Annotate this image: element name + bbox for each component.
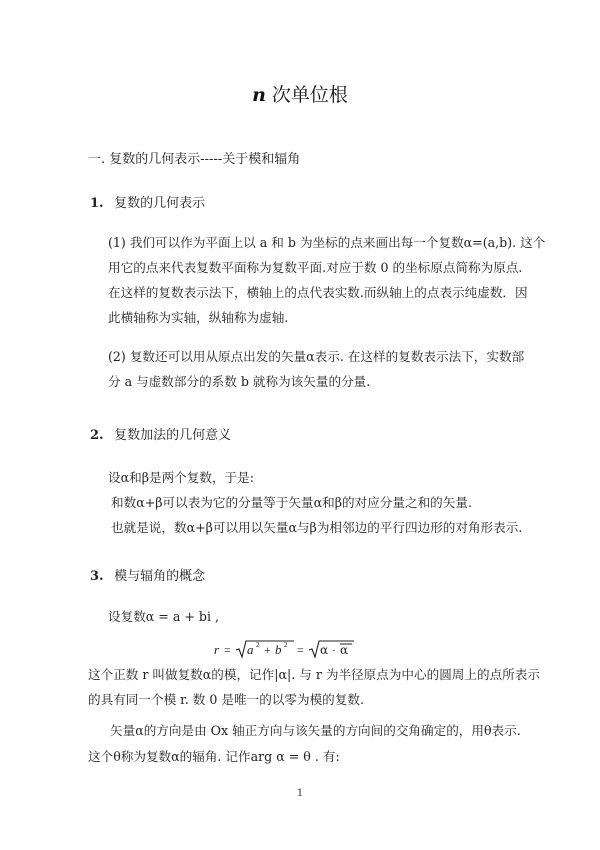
page-number: 1: [0, 788, 600, 799]
title-text: 次单位根: [266, 84, 348, 106]
text-line: 这个θ称为复数α的辐角. 记作arg α = θ . 有:: [88, 744, 521, 770]
modulus-formula-graphic: r = a 2 + b 2 = α · α: [214, 638, 374, 662]
svg-text:2: 2: [284, 641, 288, 649]
text-line: (2) 复数还可以用从原点出发的矢量α表示. 在这样的复数表示法下，实数部: [108, 344, 524, 369]
text-line: 在这样的复数表示法下，横轴上的点代表实数.而纵轴上的点表示纯虚数．因: [108, 280, 545, 305]
subsection-1-number: 1.: [90, 196, 110, 211]
svg-text:α: α: [340, 643, 348, 657]
svg-text:a: a: [247, 642, 254, 657]
page-title: n 次单位根: [0, 80, 600, 107]
subsection-3-paragraph-1: 这个正数 r 叫做复数α的模，记作|α|. 与 r 为半径原点为中心的圆周上的点…: [88, 662, 540, 712]
let-statement: 设复数α = a + bi ,: [108, 604, 219, 629]
svg-text:r: r: [214, 642, 220, 657]
text-line: 和数α+β可以表为它的分量等于矢量α和β的对应分量之和的矢量.: [108, 490, 522, 515]
subsection-1-heading: 1. 复数的几何表示: [90, 192, 205, 211]
subsection-2-body: 设α和β是两个复数，于是: 和数α+β可以表为它的分量等于矢量α和β的对应分量之…: [108, 465, 522, 540]
text-line: 的具有同一个模 r. 数 0 是唯一的以零为模的复数.: [88, 687, 540, 712]
text-line: 矢量α的方向是由 Ox 轴正方向与该矢量的方向间的交角确定的，用θ表示.: [88, 718, 521, 744]
svg-text:b: b: [275, 642, 282, 657]
text-line: 此横轴称为实轴，纵轴称为虚轴.: [108, 305, 545, 330]
text-line: 设α和β是两个复数，于是:: [108, 465, 522, 490]
subsection-3-paragraph-2: 矢量α的方向是由 Ox 轴正方向与该矢量的方向间的交角确定的，用θ表示. 这个θ…: [88, 718, 521, 770]
subsection-3-number: 3.: [90, 569, 110, 584]
subsection-3-heading: 3. 模与辐角的概念: [90, 565, 205, 584]
svg-text:·: ·: [332, 643, 336, 657]
title-variable: n: [252, 84, 266, 106]
svg-text:2: 2: [256, 641, 260, 649]
subsection-3-title: 模与辐角的概念: [114, 569, 205, 584]
subsection-1-title: 复数的几何表示: [114, 196, 205, 211]
svg-text:=: =: [224, 643, 231, 657]
svg-text:=: =: [297, 643, 304, 657]
text-line: 也就是说，数α+β可以用以矢量α与β为相邻边的平行四边形的对角形表示.: [108, 515, 522, 540]
text-line: 用它的点来代表复数平面称为复数平面.对应于数 0 的坐标原点简称为原点.: [108, 255, 545, 280]
text-line: 这个正数 r 叫做复数α的模，记作|α|. 与 r 为半径原点为中心的圆周上的点…: [88, 662, 540, 687]
svg-text:+: +: [264, 643, 271, 657]
text-line: (1) 我们可以作为平面上以 a 和 b 为坐标的点来画出每一个复数α=(a,b…: [108, 230, 545, 255]
subsection-1-paragraph-2: (2) 复数还可以用从原点出发的矢量α表示. 在这样的复数表示法下，实数部 分 …: [108, 344, 524, 394]
section-heading-one: 一. 复数的几何表示-----关于模和辐角: [88, 148, 300, 167]
subsection-1-paragraph-1: (1) 我们可以作为平面上以 a 和 b 为坐标的点来画出每一个复数α=(a,b…: [108, 230, 545, 330]
text-line: 分 a 与虚数部分的系数 b 就称为该矢量的分量.: [108, 369, 524, 394]
subsection-2-number: 2.: [90, 428, 110, 443]
subsection-2-heading: 2. 复数加法的几何意义: [90, 424, 231, 443]
svg-text:α: α: [320, 643, 328, 657]
subsection-2-title: 复数加法的几何意义: [114, 428, 231, 443]
